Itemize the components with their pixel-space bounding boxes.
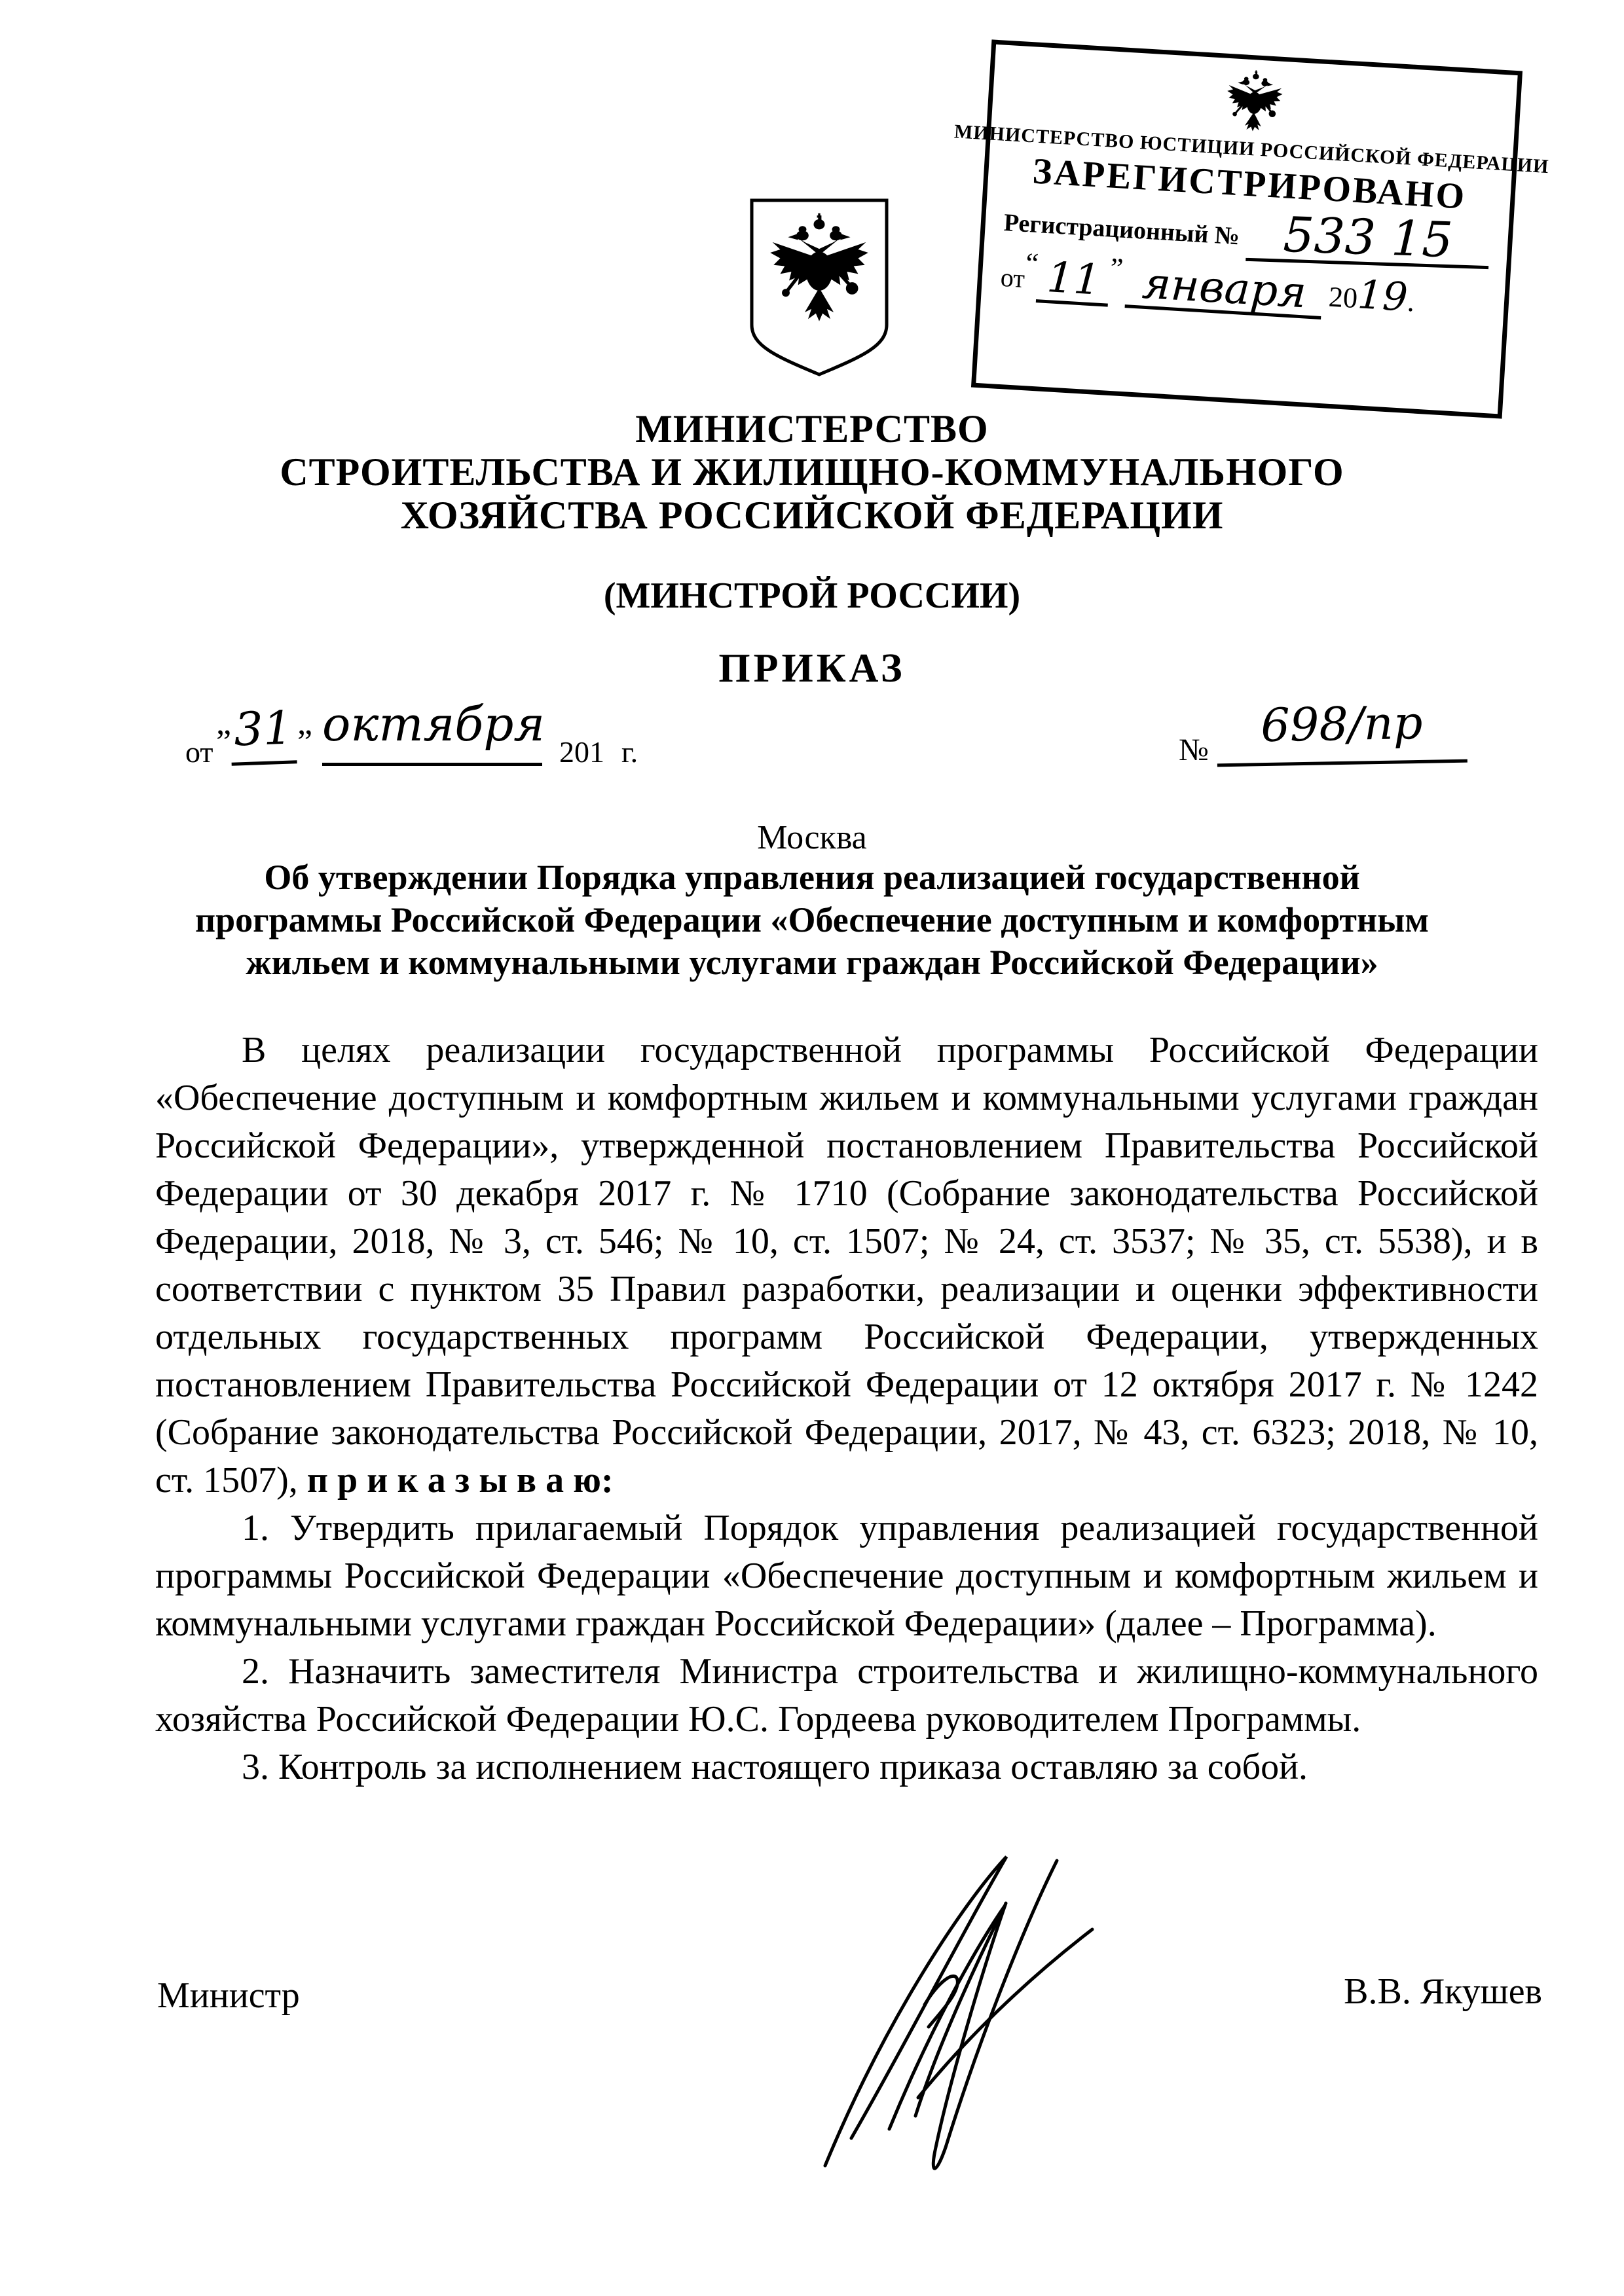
- document-title-line1: Об утверждении Порядка управления реализ…: [0, 856, 1624, 899]
- intro-paragraph-text: В целях реализации государственной прогр…: [155, 1030, 1538, 1501]
- justice-ministry-registration-stamp: МИНИСТЕРСТВО ЮСТИЦИИ РОССИЙСКОЙ ФЕДЕРАЦИ…: [971, 39, 1522, 418]
- order-item-2: 2. Назначить заместителя Министра строит…: [155, 1648, 1538, 1743]
- order-item-1: 1. Утвердить прилагаемый Порядок управле…: [155, 1504, 1538, 1648]
- ministry-name: МИНИСТЕРСТВО СТРОИТЕЛЬСТВА И ЖИЛИЩНО-КОМ…: [0, 407, 1624, 537]
- stamp-date-from-label: от: [999, 262, 1025, 302]
- date-month-handwritten: октября: [322, 693, 542, 766]
- order-item-3: 3. Контроль за исполнением настоящего пр…: [155, 1743, 1538, 1791]
- stamp-date-month: января: [1125, 261, 1324, 319]
- document-title-line2: программы Российской Федерации «Обеспече…: [0, 899, 1624, 941]
- signer-name: В.В. Якушев: [1344, 1971, 1542, 2013]
- document-page: МИНИСТЕРСТВО ЮСТИЦИИ РОССИЙСКОЙ ФЕДЕРАЦИ…: [0, 0, 1624, 2296]
- stamp-date-century: 20: [1327, 280, 1359, 322]
- document-type-heading: ПРИКАЗ: [0, 646, 1624, 692]
- ministry-name-line1: МИНИСТЕРСТВО: [0, 407, 1624, 450]
- date-year-unit: г.: [621, 735, 638, 769]
- intro-paragraph: В целях реализации государственной прогр…: [155, 1027, 1538, 1504]
- document-title-line3: жильем и коммунальными услугами граждан …: [0, 941, 1624, 984]
- stamp-date-year: 19: [1356, 272, 1409, 324]
- intro-paragraph-bold: п р и к а з ы в а ю:: [307, 1460, 614, 1501]
- handwritten-signature: [753, 1827, 1120, 2259]
- ministry-name-line3: ХОЗЯЙСТВА РОССИЙСКОЙ ФЕДЕРАЦИИ: [0, 494, 1624, 537]
- stamp-date-day: 11: [1036, 256, 1111, 306]
- document-body: В целях реализации государственной прогр…: [155, 1027, 1538, 1791]
- signer-post: Министр: [157, 1975, 300, 2016]
- order-number-sign: №: [1179, 732, 1209, 768]
- date-quote-open: ”: [216, 723, 231, 761]
- state-emblem-icon: [747, 196, 892, 380]
- date-quote-close: ”: [297, 723, 312, 761]
- date-day-handwritten: 31: [229, 699, 297, 765]
- ministry-name-line2: СТРОИТЕЛЬСТВА И ЖИЛИЩНО-КОММУНАЛЬНОГО: [0, 450, 1624, 494]
- date-from-label: от: [185, 735, 213, 769]
- stamp-reg-number-value: 533 15: [1246, 210, 1490, 269]
- date-year-digits: 201: [559, 735, 604, 769]
- document-title: Об утверждении Порядка управления реализ…: [0, 856, 1624, 984]
- stamp-date-period: .: [1406, 285, 1416, 325]
- order-number-handwritten: 698/пр: [1216, 693, 1467, 767]
- date-year-printed: 201г.: [559, 735, 638, 769]
- stamp-eagle-icon: [1221, 65, 1288, 138]
- stamp-quote-close: ”: [1108, 251, 1124, 308]
- city-label: Москва: [0, 818, 1624, 857]
- ministry-short-name: (МИНСТРОЙ РОССИИ): [0, 575, 1624, 617]
